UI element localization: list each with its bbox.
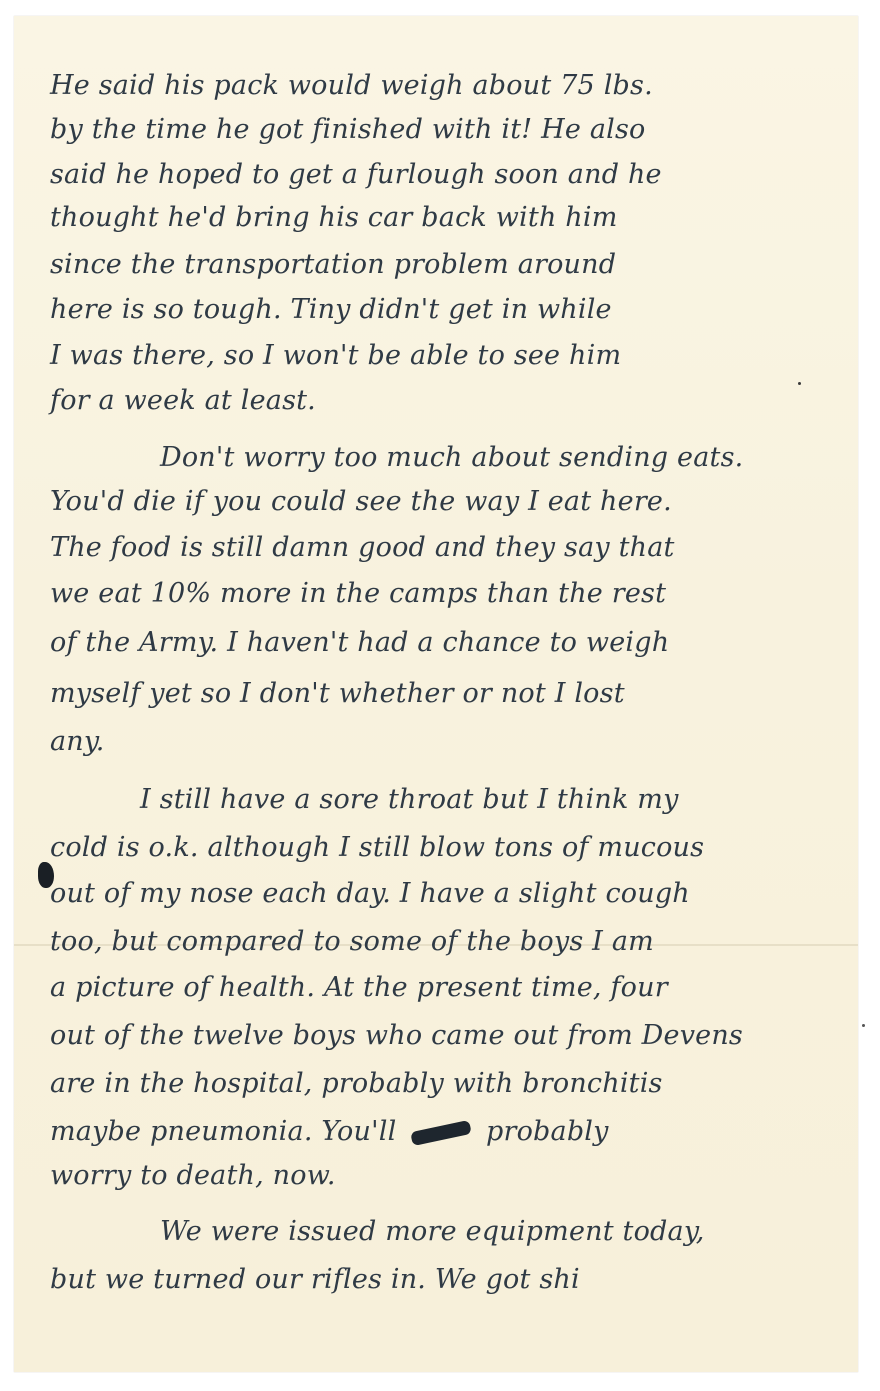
letter-line: but we turned our rifles in. We got shi [50,1260,580,1300]
paper-speck [798,382,801,385]
letter-line: by the time he got finished with it! He … [50,110,645,150]
letter-page: He said his pack would weigh about 75 lb… [14,16,858,1372]
letter-line: said he hoped to get a furlough soon and… [50,155,662,195]
letter-line: since the transportation problem around [50,245,616,285]
letter-line: here is so tough. Tiny didn't get in whi… [50,290,612,330]
struck-out-word [410,1119,472,1145]
letter-line-text: maybe pneumonia. You'll [50,1116,396,1147]
letter-line: maybe pneumonia. You'll probably [50,1112,609,1152]
letter-line: a picture of health. At the present time… [50,968,668,1008]
letter-line: are in the hospital, probably with bronc… [50,1064,663,1104]
letter-line: myself yet so I don't whether or not I l… [50,674,625,714]
letter-line: Don't worry too much about sending eats. [160,438,743,478]
letter-line: too, but compared to some of the boys I … [50,922,654,962]
letter-line: we eat 10% more in the camps than the re… [50,574,666,614]
letter-line: cold is o.k. although I still blow tons … [50,828,704,868]
letter-line: of the Army. I haven't had a chance to w… [50,623,669,663]
letter-line: We were issued more equipment today, [160,1212,704,1252]
letter-line: I still have a sore throat but I think m… [140,780,679,820]
letter-line: any. [50,722,105,762]
letter-line: I was there, so I won't be able to see h… [50,336,621,376]
letter-line: worry to death, now. [50,1156,336,1196]
letter-line: out of the twelve boys who came out from… [50,1016,743,1056]
letter-line: You'd die if you could see the way I eat… [50,482,672,522]
scan-speck [862,1024,865,1027]
letter-line-text: probably [486,1116,609,1147]
letter-line: The food is still damn good and they say… [50,528,675,568]
letter-line: He said his pack would weigh about 75 lb… [50,66,653,106]
letter-line: out of my nose each day. I have a slight… [50,874,690,914]
letter-line: for a week at least. [50,381,316,421]
letter-line: thought he'd bring his car back with him [50,198,618,238]
